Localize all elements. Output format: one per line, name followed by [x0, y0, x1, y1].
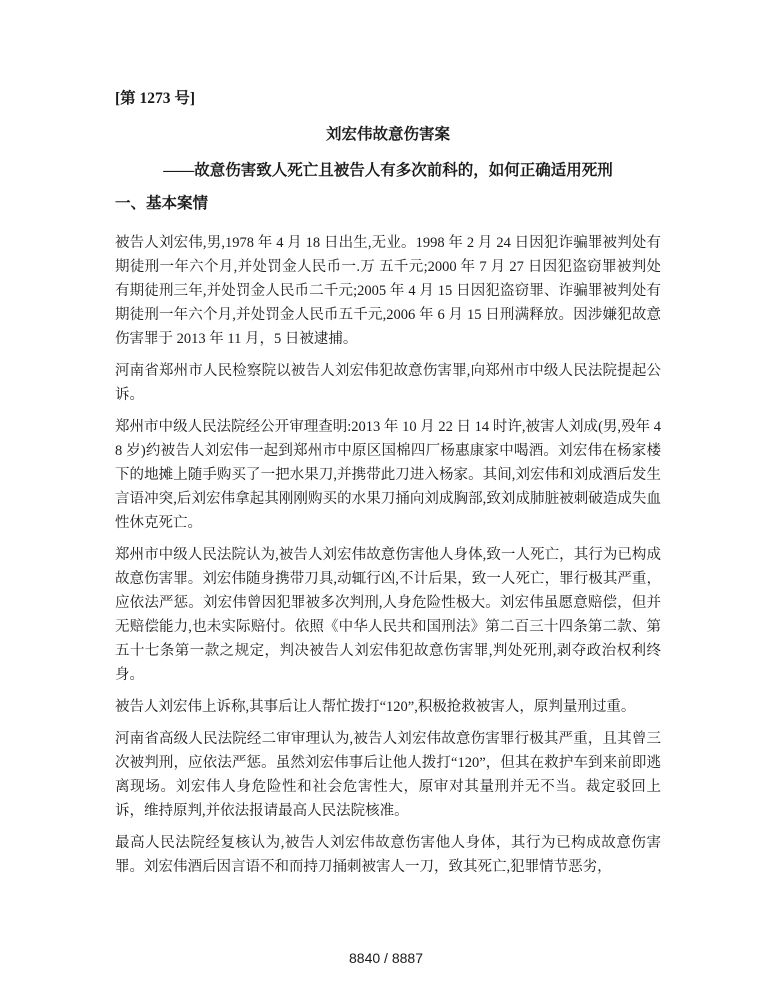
body-paragraph-supreme-court-review: 最高人民法院经复核认为,被告人刘宏伟故意伤害他人身体，其行为已构成故意伤害罪。刘… [115, 831, 661, 879]
page-number: 8840 / 8887 [0, 950, 772, 966]
case-subtitle: ——故意伤害致人死亡且被告人有多次前科的，如何正确适用死刑 [115, 160, 661, 182]
body-paragraph-second-instance-ruling: 河南省高级人民法院经二审审理认为,被告人刘宏伟故意伤害罪行极其严重，且其曾三次被… [115, 727, 661, 823]
body-paragraph-first-instance-judgment: 郑州市中级人民法院认为,被告人刘宏伟故意伤害他人身体,致一人死亡，其行为已构成故… [115, 543, 661, 687]
body-paragraph-appeal-claim: 被告人刘宏伟上诉称,其事后让人帮忙拨打“120”,积极抢救被害人，原判量刑过重。 [115, 695, 661, 719]
case-title: 刘宏伟故意伤害案 [115, 124, 661, 146]
document-content: [第 1273 号] 刘宏伟故意伤害案 ——故意伤害致人死亡且被告人有多次前科的… [115, 88, 661, 879]
body-paragraph-prosecution: 河南省郑州市人民检察院以被告人刘宏伟犯故意伤害罪,向郑州市中级人民法院提起公诉。 [115, 359, 661, 407]
section-heading-basic-facts: 一、基本案情 [115, 193, 661, 215]
body-paragraph-defendant-record: 被告人刘宏伟,男,1978 年 4 月 18 日出生,无业。1998 年 2 月… [115, 231, 661, 351]
body-paragraph-trial-findings: 郑州市中级人民法院经公开审理查明:2013 年 10 月 22 日 14 时许,… [115, 415, 661, 535]
document-page: [第 1273 号] 刘宏伟故意伤害案 ——故意伤害致人死亡且被告人有多次前科的… [0, 0, 772, 999]
case-number: [第 1273 号] [115, 88, 661, 110]
